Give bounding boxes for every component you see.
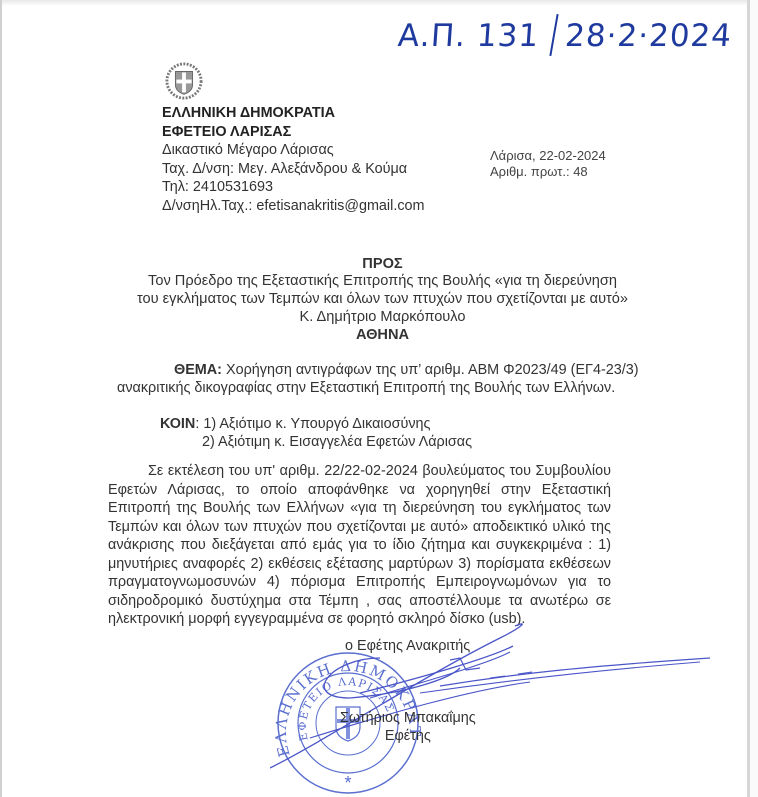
handwritten-protocol-number: Α.Π. 131 [397,18,541,54]
cc-item-1: : 1) Αξιότιμο κ. Υπουργό Δικαιοσύνης [195,416,430,432]
page-left-edge [0,0,2,797]
subject-block: ΘΕΜΑ: Χορήγηση αντιγράφων της υπ’ αριθμ.… [117,362,702,397]
signatory-title: ο Εφέτης Ανακριτής [345,638,470,654]
header-address: Ταχ. Δ/νση: Μεγ. Αλεξάνδρου & Κούμα [162,160,425,179]
recipient-line-2: του εγκλήματος των Τεμπών και όλων των π… [80,291,685,309]
header-email: Δ/νσηΗλ.Ταχ.: efetisanakritis@gmail.com [162,197,425,216]
dateline: Λάρισα, 22-02-2024 Αριθμ. πρωτ.: 48 [490,148,606,180]
recipient-city: ΑΘΗΝΑ [80,327,685,345]
subject-label: ΘΕΜΑ: [174,362,222,378]
subject-line-1: Χορήγηση αντιγράφων της υπ’ αριθμ. ΑΒΜ Φ… [222,362,639,378]
signatory-role: Εφέτης [340,727,476,745]
handwritten-separator [550,14,559,56]
recipient-line-1: Τον Πρόεδρο της Εξεταστικής Επιτροπής τη… [80,273,685,291]
cc-block: ΚΟΙΝ: 1) Αξιότιμο κ. Υπουργό Δικαιοσύνης… [160,415,472,451]
cc-item-2: 2) Αξιότιμη κ. Εισαγγελέα Εφετών Λάρισας [160,433,472,451]
cc-label: ΚΟΙΝ [160,416,195,432]
page-top-shadow [0,0,758,6]
handwritten-signature [270,618,710,788]
sender-header: ΕΛΛΗΝΙΚΗ ΔΗΜΟΚΡΑΤΙΑ ΕΦΕΤΕΙΟ ΛΑΡΙΣΑΣ Δικα… [162,104,425,216]
place-date: Λάρισα, 22-02-2024 [490,148,606,164]
letter-body: Σε εκτέλεση του υπ' αριθμ. 22/22-02-2024… [108,462,611,629]
signatory-name: Σωτήριος Μπακαΐμης [340,709,476,727]
greek-coat-of-arms-icon [165,62,203,100]
subject-line-2: ανακριτικής δικογραφίας στην Εξεταστική … [117,380,702,398]
recipient-name: Κ. Δημήτριο Μαρκόπουλο [80,309,685,327]
header-building: Δικαστικό Μέγαρο Λάρισας [162,141,425,160]
handwritten-date: 28·2·2024 [564,18,733,54]
handwritten-protocol-note: Α.Π. 13128·2·2024 [397,14,734,56]
signatory-block: Σωτήριος Μπακαΐμης Εφέτης [340,709,476,745]
page-right-margin [750,0,758,797]
header-phone: Τηλ: 2410531693 [162,178,425,197]
protocol-number: Αριθμ. πρωτ.: 48 [490,164,606,180]
recipient-label: ΠΡΟΣ [80,256,685,274]
header-court: ΕΦΕΤΕΙΟ ΛΑΡΙΣΑΣ [162,123,425,142]
header-republic: ΕΛΛΗΝΙΚΗ ΔΗΜΟΚΡΑΤΙΑ [162,104,425,123]
body-paragraph: Σε εκτέλεση του υπ' αριθμ. 22/22-02-2024… [108,462,611,629]
